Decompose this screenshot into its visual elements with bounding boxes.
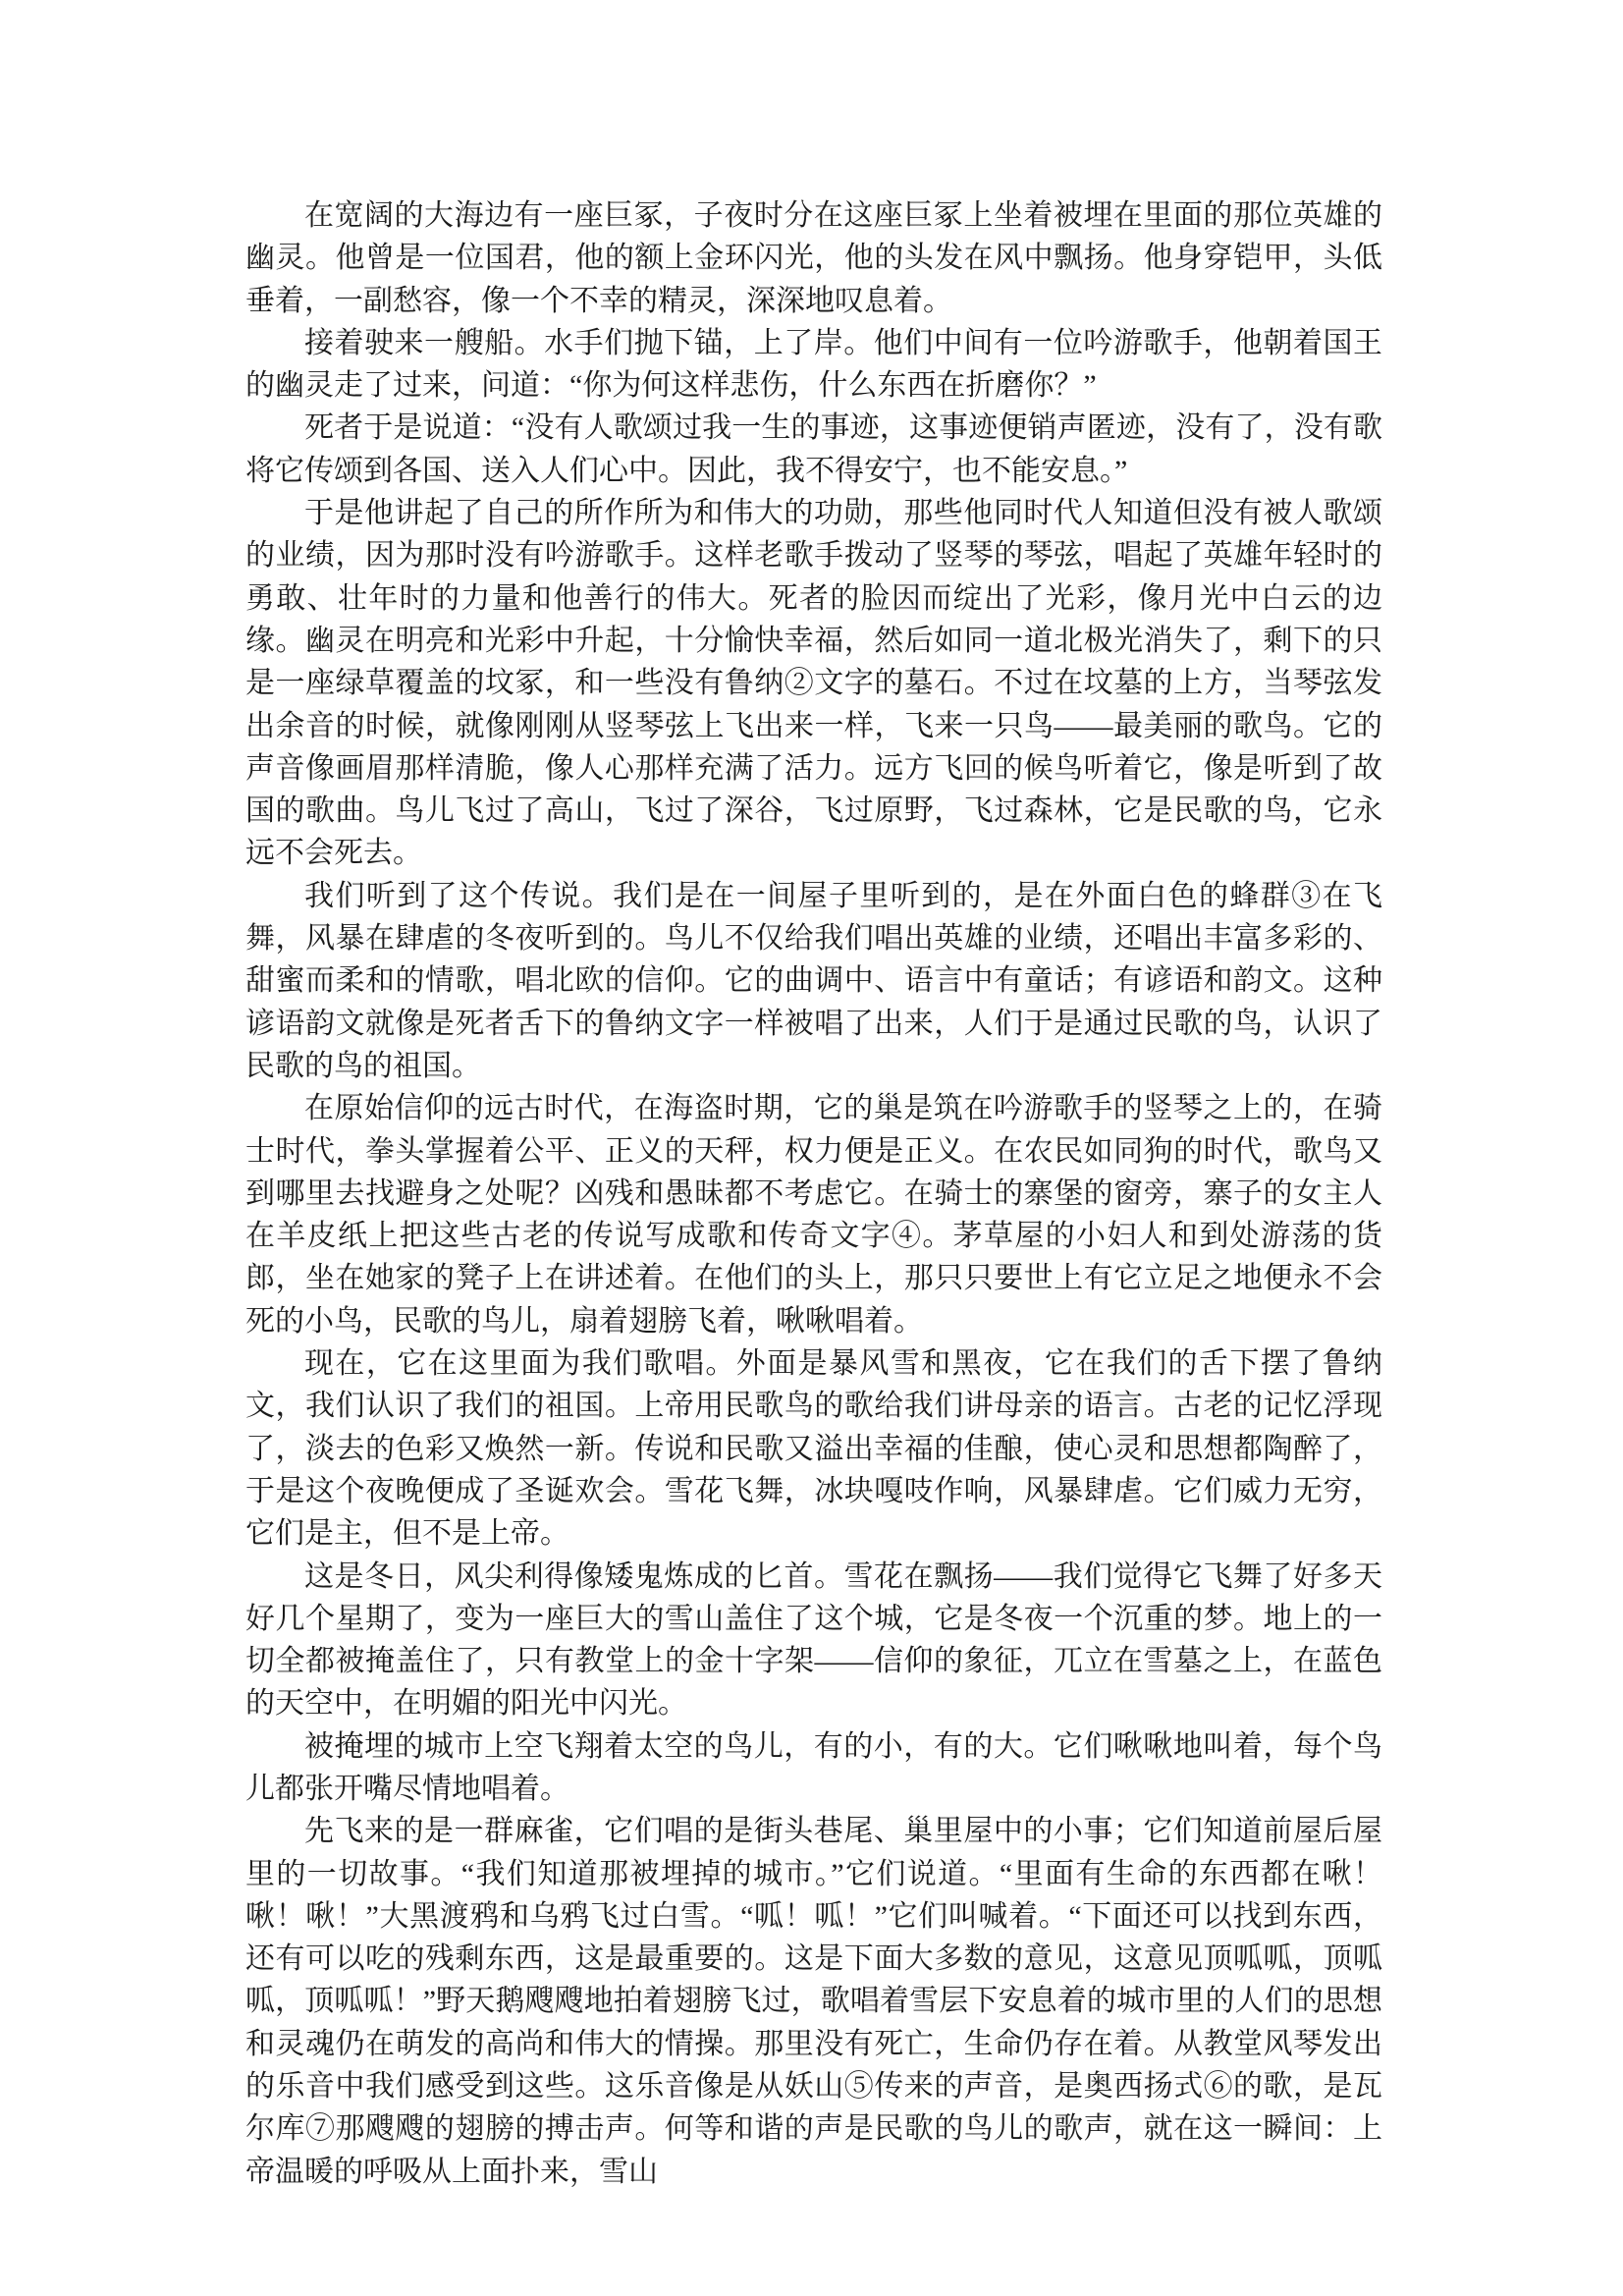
paragraph-3: 死者于是说道：“没有人歌颂过我一生的事迹，这事迹便销声匿迹，没有了，没有歌将它传… [245, 407, 1382, 492]
paragraph-9: 被掩埋的城市上空飞翔着太空的鸟儿，有的小，有的大。它们啾啾地叫着，每个鸟儿都张开… [245, 1725, 1382, 1811]
paragraph-7: 现在，它在这里面为我们歌唱。外面是暴风雪和黑夜，它在我们的舌下摆了鲁纳文，我们认… [245, 1342, 1382, 1555]
paragraph-1: 在宽阔的大海边有一座巨冢，子夜时分在这座巨冢上坐着被埋在里面的那位英雄的幽灵。他… [245, 194, 1382, 322]
paragraph-2: 接着驶来一艘船。水手们抛下锚，上了岸。他们中间有一位吟游歌手，他朝着国王的幽灵走… [245, 322, 1382, 408]
paragraph-5: 我们听到了这个传说。我们是在一间屋子里听到的，是在外面白色的蜂群③在飞舞，风暴在… [245, 875, 1382, 1087]
paragraph-4: 于是他讲起了自己的所作所为和伟大的功勋，那些他同时代人知道但没有被人歌颂的业绩，… [245, 492, 1382, 875]
document-page: 在宽阔的大海边有一座巨冢，子夜时分在这座巨冢上坐着被埋在里面的那位英雄的幽灵。他… [245, 194, 1382, 2193]
paragraph-10: 先飞来的是一群麻雀，它们唱的是街头巷尾、巢里屋中的小事；它们知道前屋后屋里的一切… [245, 1810, 1382, 2193]
paragraph-6: 在原始信仰的远古时代，在海盗时期，它的巢是筑在吟游歌手的竖琴之上的，在骑士时代，… [245, 1087, 1382, 1342]
paragraph-8: 这是冬日，风尖利得像矮鬼炼成的匕首。雪花在飘扬——我们觉得它飞舞了好多天好几个星… [245, 1556, 1382, 1725]
